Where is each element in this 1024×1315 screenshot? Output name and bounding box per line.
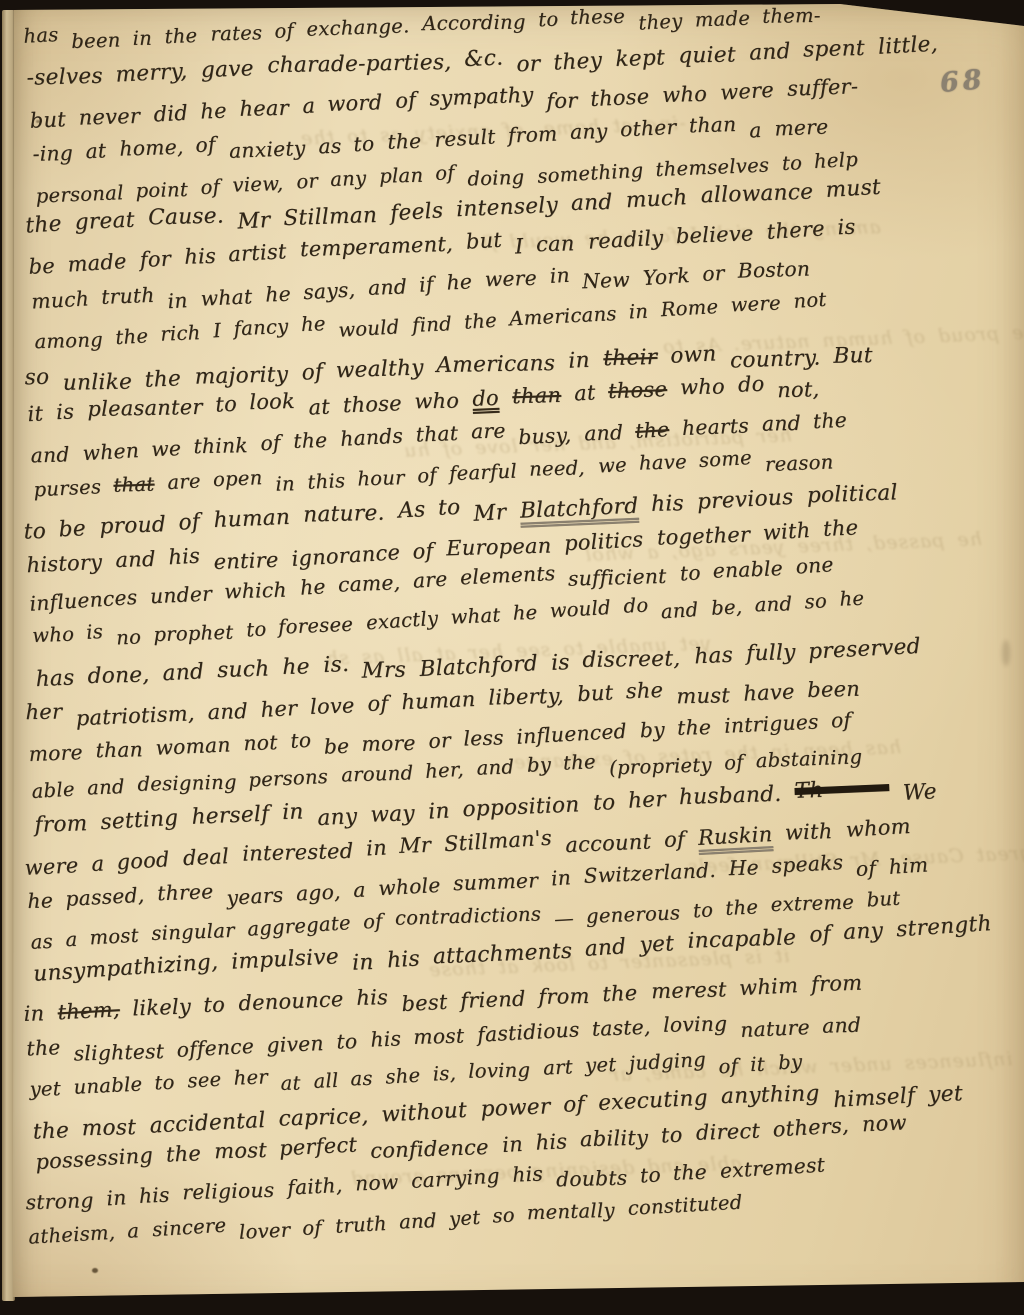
- word: anything: [721, 1081, 820, 1109]
- word: designing: [137, 770, 237, 795]
- word: rich: [160, 321, 201, 346]
- word: the: [293, 428, 328, 453]
- word: yet: [585, 1053, 617, 1077]
- word: of: [300, 359, 323, 385]
- word: in: [501, 1132, 523, 1157]
- word: temperament,: [299, 232, 453, 262]
- word: help: [814, 147, 859, 172]
- word: enable: [713, 556, 784, 583]
- word: extreme: [770, 891, 854, 916]
- word: made: [67, 249, 128, 277]
- word: something: [536, 158, 643, 187]
- word: her: [233, 1065, 268, 1089]
- word: at: [573, 380, 596, 405]
- word: singular: [151, 919, 235, 945]
- word: According: [422, 10, 526, 35]
- word: word: [327, 90, 383, 116]
- word: among: [34, 328, 103, 353]
- word: nature.: [303, 501, 385, 528]
- word: her: [25, 699, 62, 724]
- word: mentally: [527, 1198, 616, 1224]
- word: are: [166, 469, 201, 494]
- word: Rome: [660, 295, 719, 321]
- word: fastidious: [476, 1017, 579, 1046]
- word: as: [350, 1067, 373, 1091]
- word: for: [139, 247, 171, 272]
- word: yet: [639, 931, 675, 958]
- word: Boston: [737, 256, 810, 282]
- word: Stillman: [283, 203, 378, 231]
- word: reason: [764, 450, 833, 476]
- word: must: [676, 683, 730, 708]
- word: them,: [57, 997, 120, 1024]
- word: have: [638, 450, 687, 475]
- word: the: [677, 715, 711, 740]
- word: Americans: [437, 351, 556, 378]
- word: has: [693, 642, 733, 669]
- word: more: [362, 731, 417, 756]
- word: busy,: [518, 423, 572, 449]
- word: loving: [663, 1011, 728, 1036]
- word: influenced: [516, 719, 628, 749]
- word: by: [777, 1050, 802, 1074]
- word: opposition: [462, 793, 580, 823]
- word: own: [670, 341, 718, 368]
- word: to: [215, 392, 238, 417]
- word: is: [837, 215, 856, 240]
- word: to: [592, 790, 615, 816]
- word: account: [565, 829, 652, 857]
- word: whim: [738, 973, 798, 1000]
- word: were: [484, 265, 537, 291]
- word: he: [265, 281, 291, 306]
- word: the: [26, 1035, 61, 1061]
- word: attachments: [432, 938, 572, 969]
- word: exactly: [365, 607, 439, 635]
- word: impulsive: [231, 944, 340, 974]
- word: her: [627, 787, 666, 814]
- word: what: [450, 604, 501, 629]
- word: were: [720, 77, 775, 104]
- word: to: [781, 151, 802, 174]
- word: and: [584, 934, 627, 962]
- word: to: [204, 993, 226, 1017]
- word: he: [200, 98, 227, 123]
- word: the: [145, 366, 182, 393]
- word: what: [200, 284, 253, 310]
- word: than: [689, 112, 737, 137]
- word: open: [212, 466, 262, 491]
- word: good: [116, 847, 170, 874]
- word: he: [300, 312, 325, 336]
- word: of: [563, 1092, 585, 1117]
- word: of: [178, 509, 201, 535]
- word: are: [412, 566, 448, 592]
- word: human: [401, 687, 476, 714]
- word: without: [381, 1098, 468, 1128]
- word: of: [363, 910, 384, 934]
- word: artist: [228, 240, 288, 267]
- word: feels: [389, 198, 443, 226]
- word: setting: [100, 806, 179, 836]
- word: in: [427, 799, 450, 825]
- word: to: [679, 560, 701, 585]
- word: and: [761, 411, 800, 436]
- word: they: [553, 48, 603, 76]
- word: unlike: [62, 369, 132, 395]
- word: it: [27, 401, 44, 426]
- word: in: [23, 1001, 44, 1026]
- word: York: [642, 263, 690, 290]
- word: and: [476, 755, 514, 779]
- word: to: [661, 1122, 684, 1147]
- word: he: [446, 269, 473, 294]
- word: yet: [448, 1205, 481, 1230]
- word: from: [507, 122, 558, 148]
- word: the: [635, 417, 670, 443]
- word: has: [23, 23, 59, 48]
- word: of: [416, 463, 437, 487]
- word: to: [245, 618, 266, 642]
- word: and: [584, 420, 624, 445]
- word: a: [91, 851, 105, 875]
- word: politics: [564, 528, 644, 556]
- word: great: [74, 208, 135, 236]
- word: if: [419, 272, 435, 297]
- word: fancy: [233, 315, 289, 341]
- word: friend: [460, 987, 526, 1013]
- word: any: [570, 119, 608, 144]
- word: the: [823, 516, 859, 542]
- word: of: [395, 87, 417, 112]
- word: doing: [467, 165, 525, 190]
- word: Blatchford: [419, 651, 539, 682]
- word: in: [105, 1185, 127, 1210]
- word: doubts: [556, 1166, 628, 1192]
- word: now: [354, 1170, 398, 1196]
- word: history: [26, 550, 103, 577]
- word: human: [213, 505, 291, 533]
- word: to: [23, 519, 46, 545]
- word: of: [435, 161, 456, 185]
- word: would: [338, 315, 400, 342]
- word: strong: [25, 1188, 94, 1214]
- word: not,: [777, 377, 820, 402]
- word: intrigues: [724, 710, 820, 738]
- word: the: [813, 408, 848, 434]
- word: sympathy: [429, 82, 534, 110]
- word: to: [537, 7, 558, 31]
- word: generous: [586, 902, 681, 929]
- word: themselves: [655, 153, 770, 181]
- word: the: [32, 1118, 69, 1144]
- word: intensely: [456, 193, 559, 222]
- word: the: [673, 1160, 708, 1185]
- word: at: [308, 394, 331, 419]
- word: prophet: [153, 621, 234, 646]
- word: -selves: [26, 64, 103, 91]
- word: fully: [746, 640, 796, 666]
- word: his: [184, 244, 216, 269]
- word: -ing: [32, 141, 73, 166]
- word: result: [433, 124, 496, 151]
- word: most: [82, 1115, 137, 1141]
- word: with: [785, 819, 833, 845]
- word: do: [472, 386, 500, 411]
- word: them-: [762, 4, 821, 28]
- word: influences: [29, 585, 138, 616]
- word: he: [282, 654, 310, 679]
- manuscript-text: has been in the rates of exchange. Accor…: [30, 30, 1018, 1264]
- word: but: [866, 887, 901, 912]
- word: than: [512, 383, 562, 408]
- word: and: [398, 1209, 436, 1233]
- word: summer: [453, 868, 539, 895]
- word: gave: [200, 57, 254, 84]
- word: confidence: [370, 1135, 489, 1163]
- word: slightest: [73, 1039, 164, 1065]
- word: way: [370, 801, 415, 827]
- word: the: [602, 981, 638, 1006]
- word: came,: [338, 570, 401, 596]
- word: Mr: [399, 832, 432, 857]
- word: from: [811, 971, 863, 997]
- word: than: [95, 738, 143, 763]
- word: atheism,: [28, 1220, 116, 1248]
- word: quiet: [678, 43, 736, 69]
- word: his: [168, 544, 201, 570]
- word: never: [78, 104, 140, 130]
- word: he: [513, 601, 538, 625]
- word: is: [86, 620, 104, 644]
- word: his: [651, 491, 684, 517]
- word: she: [625, 678, 663, 703]
- word: he: [27, 888, 53, 913]
- word: of: [718, 1054, 738, 1078]
- word: made: [694, 7, 750, 32]
- word: hour: [357, 466, 405, 490]
- manuscript-page: -ing at home, of anxiety as to theamong …: [0, 0, 1024, 1315]
- word: from: [34, 811, 88, 838]
- word: anxiety: [229, 136, 306, 163]
- word: who: [32, 623, 75, 648]
- word: to: [154, 1071, 175, 1095]
- word: any: [330, 166, 367, 190]
- word: caprice,: [278, 1104, 369, 1132]
- word: of: [831, 708, 852, 733]
- word: executing: [598, 1086, 709, 1116]
- word: contradictions: [395, 903, 542, 930]
- word: with: [762, 518, 811, 545]
- word: best: [401, 990, 448, 1016]
- word: his: [512, 1162, 544, 1187]
- word: do: [623, 594, 649, 618]
- word: most: [214, 1138, 267, 1163]
- word: which: [224, 577, 287, 603]
- word: her: [260, 696, 298, 722]
- word: Switzerland.: [583, 858, 716, 888]
- word: ability: [580, 1125, 649, 1151]
- word: were: [24, 853, 79, 880]
- word: all: [313, 1069, 339, 1093]
- word: sincere: [151, 1213, 227, 1241]
- word: this: [306, 469, 345, 494]
- word: proud: [99, 512, 166, 539]
- word: charade-parties,: [267, 50, 452, 78]
- word: much: [31, 286, 90, 313]
- word: be: [58, 516, 86, 542]
- word: He: [728, 855, 759, 880]
- word: faith,: [286, 1173, 342, 1200]
- word: Mr: [236, 208, 270, 235]
- word: who: [662, 82, 707, 107]
- word: I: [212, 319, 222, 342]
- word: by: [639, 718, 665, 743]
- word: &c.: [464, 46, 504, 73]
- word: a: [65, 928, 78, 951]
- word: (propriety: [608, 753, 711, 779]
- word: to: [336, 1029, 357, 1053]
- word: but: [465, 228, 503, 254]
- word: But: [833, 343, 873, 369]
- word: years: [226, 882, 284, 910]
- word: loving: [468, 1058, 531, 1082]
- word: who: [680, 374, 725, 399]
- word: interested: [242, 838, 354, 865]
- word: hands: [340, 424, 404, 451]
- word: at: [280, 1071, 301, 1094]
- word: patriotism,: [75, 701, 195, 730]
- word: preserved: [808, 634, 922, 665]
- word: to: [353, 131, 375, 156]
- word: so: [804, 589, 828, 613]
- word: Th———: [794, 775, 890, 804]
- word: foresee: [278, 613, 354, 639]
- word: in: [549, 262, 570, 287]
- word: taste,: [591, 1014, 651, 1040]
- word: truth: [101, 283, 155, 309]
- word: see: [187, 1068, 222, 1093]
- word: and: [571, 190, 613, 216]
- word: in: [282, 800, 304, 826]
- word: allowance: [700, 179, 813, 208]
- word: love: [310, 693, 355, 719]
- word: of: [302, 1216, 322, 1240]
- word: in: [275, 472, 295, 495]
- word: so: [24, 364, 50, 390]
- word: direct: [695, 1118, 760, 1144]
- word: of: [260, 431, 281, 456]
- word: country.: [730, 345, 821, 373]
- word: fearful: [449, 459, 518, 485]
- word: herself: [191, 802, 270, 830]
- word: the: [725, 896, 759, 921]
- word: whom: [845, 814, 911, 842]
- word: majority: [194, 362, 288, 389]
- word: is.: [322, 652, 349, 678]
- word: been: [807, 677, 860, 702]
- word: hear: [239, 96, 289, 121]
- word: together: [656, 523, 750, 550]
- word: of: [274, 19, 295, 43]
- word: we: [151, 436, 182, 461]
- word: or: [702, 261, 726, 286]
- word: of: [723, 750, 744, 774]
- word: of: [412, 539, 434, 564]
- word: as: [318, 134, 342, 158]
- word: the: [387, 129, 422, 154]
- word: or: [516, 52, 541, 78]
- word: when: [82, 438, 140, 465]
- word: kept: [615, 46, 665, 73]
- word: to: [639, 1162, 661, 1187]
- word: so: [492, 1203, 515, 1227]
- word: view,: [232, 172, 284, 197]
- word: speaks: [771, 850, 844, 878]
- word: and: [115, 547, 156, 572]
- word: woman: [155, 733, 231, 760]
- word: or: [428, 728, 451, 753]
- word: his: [369, 1026, 401, 1051]
- word: of: [664, 827, 686, 852]
- word: any: [317, 804, 358, 831]
- word: European: [446, 534, 552, 561]
- word: the: [165, 1141, 201, 1166]
- word: and: [87, 775, 125, 799]
- word: lover: [238, 1218, 290, 1243]
- word: do: [737, 371, 765, 396]
- word: his: [356, 985, 388, 1010]
- word: they: [638, 9, 683, 34]
- word: and: [30, 443, 70, 468]
- word: but: [576, 680, 613, 706]
- word: more: [28, 740, 83, 766]
- word: but: [29, 107, 66, 133]
- word: look: [249, 389, 295, 414]
- word: for: [546, 88, 578, 113]
- word: a: [749, 118, 763, 143]
- word: his: [138, 1183, 170, 1208]
- word: unable: [73, 1072, 143, 1098]
- word: were: [730, 292, 781, 317]
- word: readily: [587, 226, 664, 254]
- word: the: [164, 24, 198, 48]
- word: he: [839, 587, 865, 611]
- word: mere: [774, 115, 829, 141]
- word: in: [365, 835, 387, 860]
- word: political: [806, 480, 898, 508]
- word: previous: [697, 485, 795, 515]
- word: discreet,: [583, 646, 681, 673]
- word: those: [590, 84, 650, 111]
- page-edge-sliver: [2, 10, 15, 1301]
- word: accidental: [149, 1108, 266, 1139]
- word: husband.: [679, 782, 782, 810]
- word: there: [766, 217, 825, 245]
- word: as: [30, 930, 53, 954]
- word: done,: [87, 662, 149, 689]
- word: much: [625, 185, 688, 213]
- word: aggregate: [246, 911, 351, 941]
- word: that: [415, 421, 458, 447]
- word: As: [397, 497, 426, 523]
- word: find: [411, 312, 452, 337]
- word: incapable: [687, 925, 796, 953]
- word: to: [289, 728, 311, 753]
- word: need,: [529, 456, 585, 480]
- word: of: [195, 132, 217, 157]
- word: those: [342, 391, 402, 417]
